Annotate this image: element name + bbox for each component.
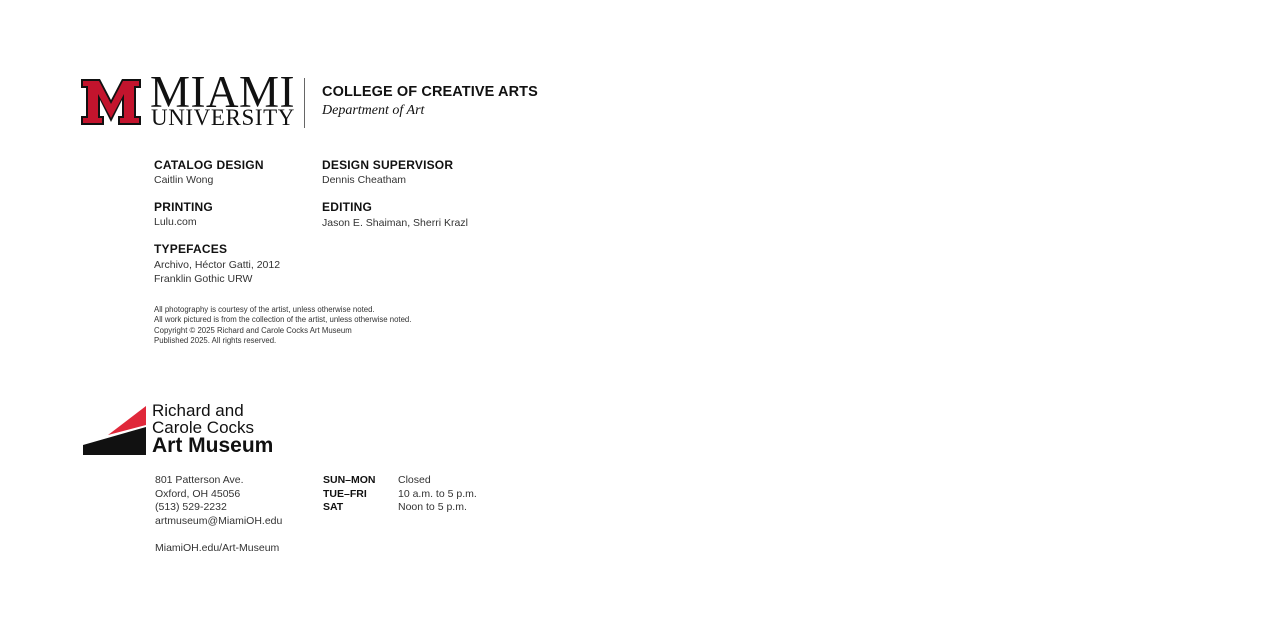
college-name: COLLEGE OF CREATIVE ARTS [322,84,538,100]
fine-print: All photography is courtesy of the artis… [154,305,411,347]
phone-number: (513) 529-2232 [155,501,282,515]
credit-heading: CATALOG DESIGN [154,158,264,172]
credit-heading: PRINTING [154,200,213,214]
museum-name-line1: Richard and [152,403,244,419]
hours-time: 10 a.m. to 5 p.m. [398,488,477,502]
fine-print-line: Published 2025. All rights reserved. [154,336,411,346]
hours-time: Closed [398,474,477,488]
address-line: Oxford, OH 45056 [155,488,282,502]
hours-days: SAT [323,501,376,515]
miami-m-logo-icon [80,78,142,126]
address-line: 801 Patterson Ave. [155,474,282,488]
typeface-line: Archivo, Héctor Gatti, 2012 [154,258,280,272]
credit-value: Jason E. Shaiman, Sherri Krazl [322,216,468,230]
credit-heading: EDITING [322,200,372,214]
credit-value: Caitlin Wong [154,173,213,187]
museum-logo-icon [83,405,147,456]
hours-days: TUE–FRI [323,488,376,502]
email-link[interactable]: artmuseum@MiamiOH.edu [155,515,282,529]
header-divider [304,78,305,128]
fine-print-line: All photography is courtesy of the artis… [154,305,411,315]
fine-print-line: All work pictured is from the collection… [154,315,411,325]
typefaces-heading: TYPEFACES [154,242,227,256]
museum-name-line3: Art Museum [152,435,273,457]
museum-hours-times: Closed 10 a.m. to 5 p.m. Noon to 5 p.m. [398,474,477,515]
department-name: Department of Art [322,103,424,119]
hours-time: Noon to 5 p.m. [398,501,477,515]
museum-address: 801 Patterson Ave. Oxford, OH 45056 (513… [155,474,282,528]
credit-heading: DESIGN SUPERVISOR [322,158,453,172]
museum-hours-days: SUN–MON TUE–FRI SAT [323,474,376,515]
credit-value: Lulu.com [154,215,197,229]
website-link[interactable]: MiamiOH.edu/Art-Museum [155,542,279,556]
credit-value: Dennis Cheatham [322,173,406,187]
typeface-line: Franklin Gothic URW [154,272,252,286]
hours-days: SUN–MON [323,474,376,488]
university-name-line2: UNIVERSITY [151,106,295,130]
fine-print-line: Copyright © 2025 Richard and Carole Cock… [154,326,411,336]
